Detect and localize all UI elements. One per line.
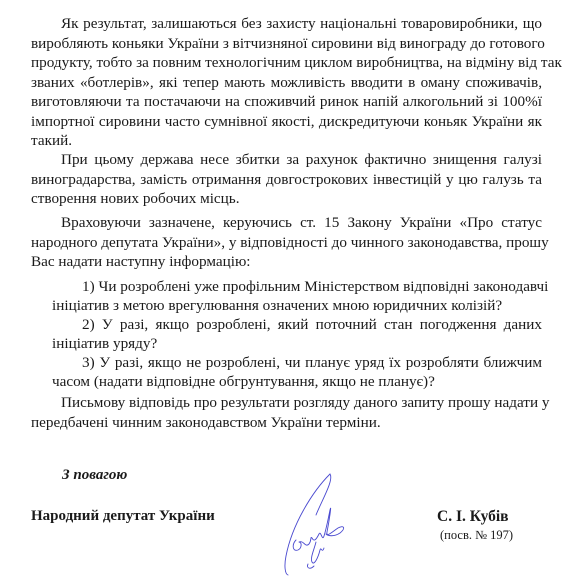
text-line: виробляють коньяки України з вітчизняної… (31, 34, 542, 54)
text-line: ініціатив з метою врегулювання означених… (52, 296, 542, 315)
text-line: Вас надати наступну інформацію: (31, 252, 542, 272)
text-line: При цьому держава несе збитки за рахунок… (31, 150, 542, 170)
question-item-1: 1) Чи розроблені уже профільним Міністер… (52, 277, 542, 315)
text-line: імпортної сировини часто сумнівної якост… (31, 112, 542, 132)
paragraph-request: Враховуючи зазначене, керуючись ст. 15 З… (31, 213, 542, 272)
question-item-2: 2) У разі, якщо розроблені, який поточни… (52, 315, 542, 353)
text-line: 2) У разі, якщо розроблені, який поточни… (52, 315, 542, 334)
text-line: створення нових робочих місць. (31, 189, 542, 209)
text-line: Письмову відповідь про результати розгля… (31, 393, 542, 413)
text-line: званих «ботлерів», які тепер мають можли… (31, 73, 542, 93)
handwritten-signature-icon (272, 470, 362, 576)
text-line: часом (надати відповідне обгрунтування, … (52, 372, 542, 391)
paragraph-result: Як результат, залишаються без захисту на… (31, 14, 542, 151)
text-line: 3) У разі, якщо не розроблені, чи планує… (52, 353, 542, 372)
document-page: Як результат, залишаються без захисту на… (0, 0, 583, 576)
text-line: народного депутата України», у відповідн… (31, 233, 542, 253)
text-line: 1) Чи розроблені уже профільним Міністер… (52, 277, 542, 296)
text-line: виготовляючи та постачаючи на споживчий … (31, 92, 542, 112)
text-line: Як результат, залишаються без захисту на… (31, 14, 542, 34)
text-line: передбачені чинним законодавством Україн… (31, 413, 542, 433)
text-line: продукту, тобто за повним технологічним … (31, 53, 542, 73)
paragraph-losses: При цьому держава несе збитки за рахунок… (31, 150, 542, 209)
paragraph-response: Письмову відповідь про результати розгля… (31, 393, 542, 432)
signer-title: Народний депутат України (31, 508, 215, 525)
text-line: виноградарства, замість отримання довгос… (31, 170, 542, 190)
closing-regards: З повагою (62, 467, 127, 484)
text-line: такий. (31, 131, 542, 151)
text-line: ініціатив уряду? (52, 334, 542, 353)
text-line: Враховуючи зазначене, керуючись ст. 15 З… (31, 213, 542, 233)
question-item-3: 3) У разі, якщо не розроблені, чи планує… (52, 353, 542, 391)
signer-certificate: (посв. № 197) (440, 528, 513, 543)
signer-name: С. І. Кубів (437, 508, 509, 526)
